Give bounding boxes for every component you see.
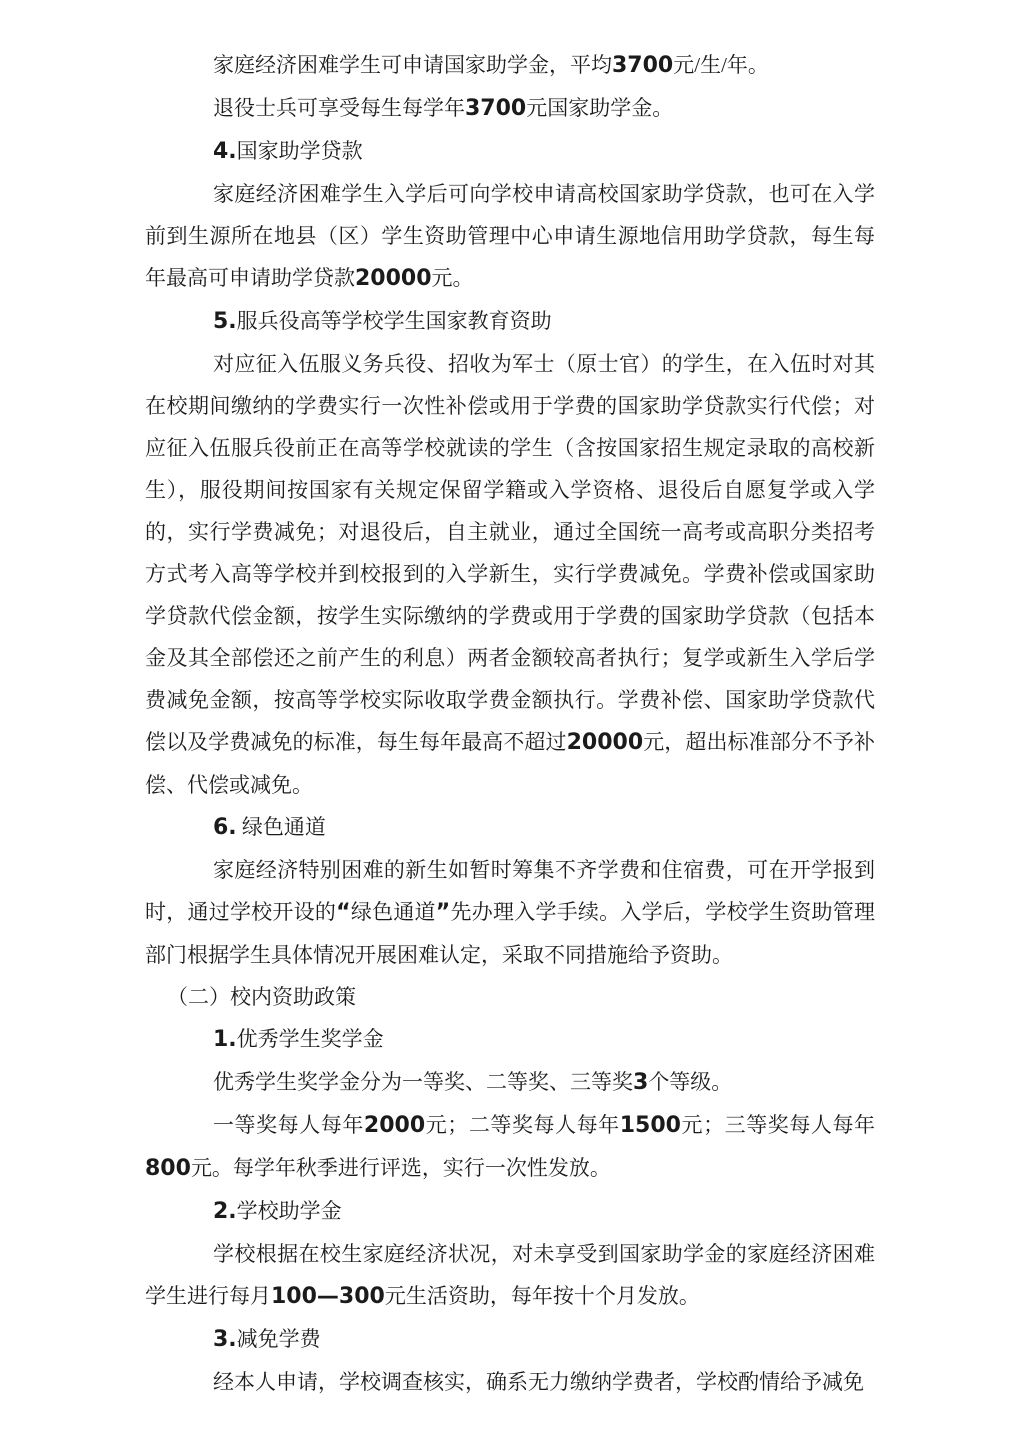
- bold-text-run: 100—300: [271, 1284, 385, 1309]
- text-run: 优秀学生奖学金分为一等奖、二等奖、三等奖: [213, 1070, 633, 1094]
- text-run: 退役士兵可享受每生每学年: [213, 96, 465, 120]
- bold-text-run: 3700: [465, 96, 526, 121]
- text-run: 绿色通道: [351, 900, 436, 924]
- para-veteran-grant: 退役士兵可享受每生每学年3700元国家助学金。: [145, 87, 875, 130]
- bold-text-run: 2000: [364, 1113, 425, 1138]
- text-run: 一等奖每人每年: [213, 1113, 364, 1137]
- bold-text-run: 3700: [612, 53, 673, 78]
- text-run: 元/生/年。: [673, 53, 769, 77]
- text-run: 减免学费: [237, 1327, 321, 1351]
- text-run: 服兵役高等学校学生国家教育资助: [237, 309, 552, 333]
- heading-section-2-campus-aid-policies: （二）校内资助政策: [145, 976, 875, 1018]
- bold-text-run: 3.: [213, 1327, 237, 1352]
- text-run: 优秀学生奖学金: [237, 1027, 384, 1051]
- bold-text-run: 20000: [355, 266, 432, 291]
- text-run: 元；三等奖每人每年: [681, 1113, 875, 1137]
- bold-text-run: 2.: [213, 1199, 237, 1224]
- document-body: 家庭经济困难学生可申请国家助学金，平均3700元/生/年。退役士兵可享受每生每学…: [145, 44, 875, 1403]
- heading-2-school-grant: 2.学校助学金: [145, 1190, 875, 1233]
- para-school-grant-detail: 学校根据在校生家庭经济状况，对未享受到国家助学金的家庭经济困难学生进行每月100…: [145, 1233, 875, 1318]
- document-page: 家庭经济困难学生可申请国家助学金，平均3700元/生/年。退役士兵可享受每生每学…: [0, 0, 1014, 1436]
- bold-text-run: “: [336, 900, 350, 925]
- bold-text-run: 20000: [567, 730, 644, 755]
- text-run: 国家助学贷款: [237, 139, 363, 163]
- para-merit-scholarship-levels: 优秀学生奖学金分为一等奖、二等奖、三等奖3个等级。: [145, 1061, 875, 1104]
- heading-6-green-channel: 6. 绿色通道: [145, 806, 875, 849]
- text-run: 元。: [432, 266, 474, 290]
- para-merit-scholarship-amounts: 一等奖每人每年2000元；二等奖每人每年1500元；三等奖每人每年800元。每学…: [145, 1104, 875, 1190]
- heading-5-military-service-education-aid: 5.服兵役高等学校学生国家教育资助: [145, 300, 875, 343]
- bold-text-run: 4.: [213, 139, 237, 164]
- text-run: 元国家助学金。: [526, 96, 673, 120]
- bold-text-run: 1.: [213, 1027, 237, 1052]
- text-run: （二）校内资助政策: [167, 985, 356, 1009]
- para-national-grant-average: 家庭经济困难学生可申请国家助学金，平均3700元/生/年。: [145, 44, 875, 87]
- text-run: 元生活资助，每年按十个月发放。: [385, 1284, 700, 1308]
- text-run: 元；二等奖每人每年: [425, 1113, 620, 1137]
- bold-text-run: 1500: [620, 1113, 681, 1138]
- bold-text-run: 3: [633, 1070, 648, 1095]
- text-run: 个等级。: [648, 1070, 732, 1094]
- text-run: 元。每学年秋季进行评选，实行一次性发放。: [191, 1156, 611, 1180]
- text-run: 绿色通道: [237, 815, 326, 839]
- text-run: 家庭经济困难学生可申请国家助学金，平均: [213, 53, 612, 77]
- bold-text-run: 6.: [213, 815, 237, 840]
- heading-3-tuition-waiver: 3.减免学费: [145, 1318, 875, 1361]
- para-military-service-education-aid-detail: 对应征入伍服义务兵役、招收为军士（原士官）的学生，在入伍时对其在校期间缴纳的学费…: [145, 343, 875, 806]
- text-run: 对应征入伍服义务兵役、招收为军士（原士官）的学生，在入伍时对其在校期间缴纳的学费…: [145, 352, 875, 754]
- heading-4-national-student-loan: 4.国家助学贷款: [145, 130, 875, 173]
- bold-text-run: ”: [436, 900, 450, 925]
- text-run: 学校助学金: [237, 1199, 342, 1223]
- text-run: 经本人申请，学校调查核实，确系无力缴纳学费者，学校酌情给予减免: [213, 1370, 864, 1394]
- heading-1-merit-scholarship: 1.优秀学生奖学金: [145, 1018, 875, 1061]
- bold-text-run: 800: [145, 1156, 191, 1181]
- para-national-student-loan-detail: 家庭经济困难学生入学后可向学校申请高校国家助学贷款，也可在入学前到生源所在地县（…: [145, 173, 875, 300]
- bold-text-run: 5.: [213, 309, 237, 334]
- para-green-channel-detail: 家庭经济特别困难的新生如暂时筹集不齐学费和住宿费，可在开学报到时，通过学校开设的…: [145, 849, 875, 976]
- text-run: 家庭经济困难学生入学后可向学校申请高校国家助学贷款，也可在入学前到生源所在地县（…: [145, 182, 875, 290]
- para-tuition-waiver-detail: 经本人申请，学校调查核实，确系无力缴纳学费者，学校酌情给予减免: [145, 1361, 875, 1403]
